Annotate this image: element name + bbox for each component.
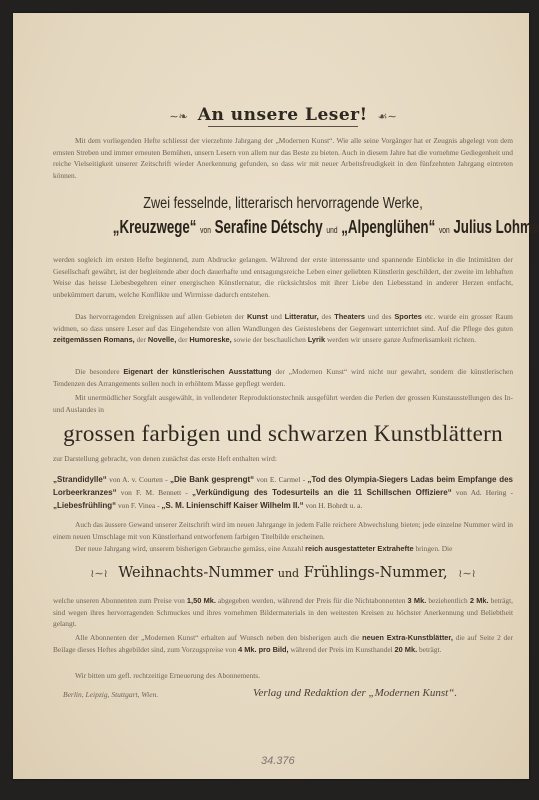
list-item: „Die Bank gesprengt“ von E. Carmel - [170,475,305,484]
archive-number: 34.376 [261,755,295,767]
header: ∼❧ An unsere Leser! ☙∼ [53,105,513,127]
headline-works: Zwei fesselnde, litterarisch hervorragen… [94,195,471,213]
list-item: „Liebesfrühling“ von F. Vinea - [53,501,160,510]
works-list: „Strandidylle“ von A. v. Courten - „Die … [53,473,513,512]
paragraph-novels: werden sogleich im ersten Hefte beginnen… [53,254,513,300]
paragraph-kunstblaetter-intro: Mit unermüdlicher Sorgfalt ausgewählt, i… [53,392,513,415]
paragraph-topics: Das hervorragenden Ereignissen auf allen… [53,311,513,346]
author-detschy: Serafine Détschy [215,217,323,237]
work-title-kreuzwege: „Kreuzwege“ [113,217,197,237]
paragraph-ausstattung: Die besondere Eigenart der künstlerische… [53,366,513,389]
work-title-alpengluehen: „Alpenglühen“ [341,217,435,237]
author-lohmeyer: Julius Lohmeyer [453,217,539,237]
paragraph-prices: welche unseren Abonnenten zum Preise von… [53,595,513,630]
list-item: „Verkündigung des Todesurteils an die 11… [192,488,513,497]
ornament-left-icon: ∼❧ [169,111,187,123]
document-sheet: ∼❧ An unsere Leser! ☙∼ Mit dem vorliegen… [13,13,529,779]
ornament-left-icon: ≀∼≀ [90,567,107,580]
intro-paragraph: Mit dem vorliegenden Hefte schliesst der… [53,135,513,181]
headline-titles: „Kreuzwege“ von Serafine Détschy und „Al… [113,217,453,238]
paragraph-subscribers: Alle Abonnenten der „Modernen Kunst“ erh… [53,632,513,655]
page-title: An unsere Leser! [198,105,368,125]
headline-kunstblaetter: grossen farbigen und schwarzen Kunstblät… [53,421,513,447]
paragraph-umschlag: Auch das äussere Gewand unserer Zeitschr… [53,519,513,542]
list-item: „Strandidylle“ von A. v. Courten - [53,475,168,484]
headline-special-issues: ≀∼≀ Weihnachts-Nummer und Frühlings-Numm… [53,565,513,581]
footer-cities: Berlin, Leipzig, Stuttgart, Wien. [63,690,158,699]
paragraph-extrahefte: Der neue Jahrgang wird, unserem bisherig… [53,543,513,555]
ornament-right-icon: ☙∼ [378,111,397,123]
ornament-right-icon: ≀∼≀ [458,567,475,580]
list-item: „S. M. Linienschiff Kaiser Wilhelm II.“ … [161,501,362,510]
title-rule [208,126,358,127]
paragraph-renewal: Wir bitten um gefl. rechtzeitige Erneuer… [53,670,513,682]
paragraph-first-issue: zur Darstellung gebracht, von denen zunä… [53,453,513,465]
footer-publisher: Verlag und Redaktion der „Modernen Kunst… [253,687,457,699]
